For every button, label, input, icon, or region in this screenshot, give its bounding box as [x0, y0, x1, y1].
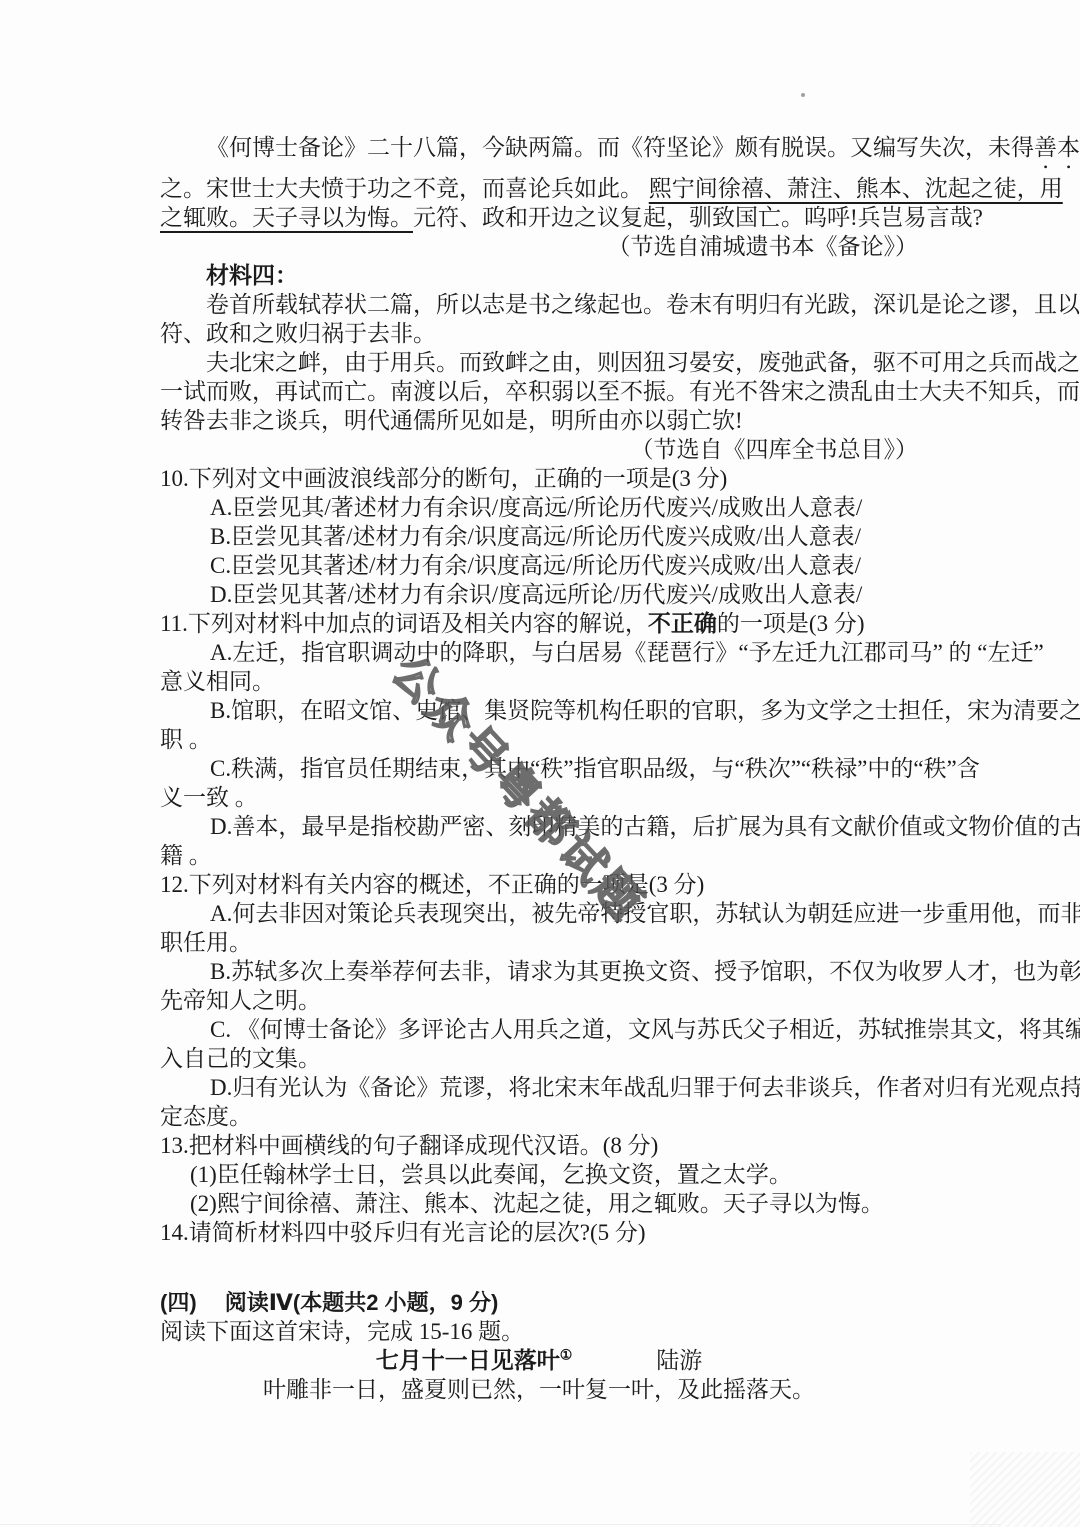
stem-bold-incorrect: 不正确: [648, 611, 717, 636]
question-11-option-d-line-2: 籍 。: [160, 841, 918, 870]
question-10-option-a: A.臣尝见其/著述材力有余识/度高远/所论历代废兴/成败出人意表/: [160, 493, 918, 522]
material4-p2-line-3: 转咎去非之谈兵，明代通儒所见如是，明所由亦以弱亡欤!: [160, 406, 918, 435]
material4-heading: 材料四：: [160, 261, 918, 290]
material4-p2-line-2: 一试而败，再试而亡。南渡以后，卒积弱以至不振。有光不咎宋之溃乱由士大夫不知兵，而: [160, 377, 918, 406]
material4-p1-line-2: 符、政和之败归祸于去非。: [160, 319, 918, 348]
underlined-sentence-part-1: 熙宁间徐禧、萧注、熊本、沈起之徒，用: [649, 176, 1063, 201]
poem-verse-line: 叶雕非一日，盛夏则已然，一叶复一叶，及此摇落天。: [160, 1375, 918, 1404]
question-13-sentence-1: (1)臣任翰林学士日，尝具以此奏闻，乞换文资，置之太学。: [160, 1160, 918, 1189]
question-12-option-d-line-2: 定态度。: [160, 1102, 918, 1131]
question-14-stem: 14.请简析材料四中驳斥归有光言论的层次?(5 分): [160, 1218, 918, 1247]
exam-page: 公众号粤都试题 《何博士备论》二十八篇，今缺两篇。而《符坚论》颇有脱误。又编写失…: [0, 0, 1080, 1527]
question-11-option-b-line-2: 职 。: [160, 725, 918, 754]
passage-beilun-source: （节选自浦城遗书本《备论》）: [160, 232, 918, 261]
question-10-option-b: B.臣尝见其著/述材力有余/识度高远/所论历代废兴成败/出人意表/: [160, 522, 918, 551]
question-12-option-a-line-1: A.何去非因对策论兵表现突出，被先帝特授官职，苏轼认为朝廷应进一步重用他，而非降: [160, 899, 918, 928]
question-11-option-b-line-1: B.馆职，在昭文馆、史馆、集贤院等机构任职的官职，多为文学之士担任，宋为清要之: [160, 696, 918, 725]
section-4-intro: 阅读下面这首宋诗，完成 15-16 题。: [160, 1317, 918, 1346]
passage-beilun-line-1: 《何博士备论》二十八篇，今缺两篇。而《符坚论》颇有脱误。又编写失次，未得善本校: [160, 133, 918, 174]
question-10-option-d: D.臣尝见其著/述材力有余识/度高远所论/历代废兴/成败出人意表/: [160, 580, 918, 609]
question-10-option-c: C.臣尝见其著述/材力有余/识度高远/所论历代废兴成败/出人意表/: [160, 551, 918, 580]
question-11-option-d-line-1: D.善本，最早是指校勘严密、刻印精美的古籍，后扩展为具有文献价值或文物价值的古: [160, 812, 918, 841]
question-13-sentence-2: (2)熙宁间徐禧、萧注、熊本、沈起之徒，用之辄败。天子寻以为悔。: [160, 1189, 918, 1218]
passage-beilun-line-2: 之。宋世士大夫愤于功之不竞，而喜论兵如此。 熙宁间徐禧、萧注、熊本、沈起之徒，用: [160, 174, 918, 203]
question-10-stem: 10.下列对文中画波浪线部分的断句，正确的一项是(3 分): [160, 464, 918, 493]
material4-p2-line-1: 夫北宋之衅，由于用兵。而致衅之由，则因狃习晏安，废弛武备，驱不可用之兵而战之故。: [160, 348, 918, 377]
question-12-option-b-line-2: 先帝知人之明。: [160, 986, 918, 1015]
passage-beilun-line-3: 之辄败。天子寻以为悔。元符、政和开边之议复起，驯致国亡。呜呼!兵岂易言哉?: [160, 203, 918, 232]
section-4-heading: (四) 阅读Ⅳ(本题共2 小题，9 分): [160, 1288, 918, 1317]
question-11-option-c-line-1: C.秩满，指官员任期结束，其中“秩”指官职品级，与“秩次”“秩禄”中的“秩”含: [160, 754, 918, 783]
page-content: 《何博士备论》二十八篇，今缺两篇。而《符坚论》颇有脱误。又编写失次，未得善本校 …: [0, 0, 1080, 1404]
question-11-option-a-line-1: A.左迁，指官职调动中的降职，与白居易《琵琶行》“予左迁九江郡司马” 的 “左迁…: [160, 638, 918, 667]
question-12-option-c-line-1: C. 《何博士备论》多评论古人用兵之道，文风与苏氏父子相近，苏轼推崇其文，将其编: [160, 1015, 918, 1044]
poem-footnote-marker: ①: [560, 1348, 573, 1363]
question-12-option-c-line-2: 入自己的文集。: [160, 1044, 918, 1073]
question-11-option-a-line-2: 意义相同。: [160, 667, 918, 696]
question-12-option-a-line-2: 职任用。: [160, 928, 918, 957]
poem-title: 七月十一日见落叶: [376, 1348, 560, 1373]
question-12-option-b-line-1: B.苏轼多次上奏举荐何去非，请求为其更换文资、授予馆职，不仅为收罗人才，也为彰显: [160, 957, 918, 986]
question-11-option-c-line-2: 义一致 。: [160, 783, 918, 812]
dotted-term-shanben: 善本: [1034, 135, 1080, 160]
question-12-stem: 12.下列对材料有关内容的概述，不正确的一项是(3 分): [160, 870, 918, 899]
question-11-stem: 11.下列对材料中加点的词语及相关内容的解说，不正确的一项是(3 分): [160, 609, 918, 638]
question-13-stem: 13.把材料中画横线的句子翻译成现代汉语。(8 分): [160, 1131, 918, 1160]
scan-corner-noise: [970, 1452, 1080, 1527]
poem-author: 陆游: [656, 1348, 702, 1373]
underlined-sentence-part-2: 之辄败。天子寻以为悔。: [160, 205, 413, 230]
scan-bottom-edge: [0, 1524, 1000, 1525]
material4-source: （节选自《四库全书总目》）: [160, 435, 918, 464]
material4-p1-line-1: 卷首所载轼荐状二篇，所以志是书之缘起也。卷末有明归有光跋，深讥是论之谬，且以元: [160, 290, 918, 319]
poem-title-line: 七月十一日见落叶①陆游: [160, 1346, 918, 1375]
question-12-option-d-line-1: D.归有光认为《备论》荒谬，将北宋末年战乱归罪于何去非谈兵，作者对归有光观点持否: [160, 1073, 918, 1102]
